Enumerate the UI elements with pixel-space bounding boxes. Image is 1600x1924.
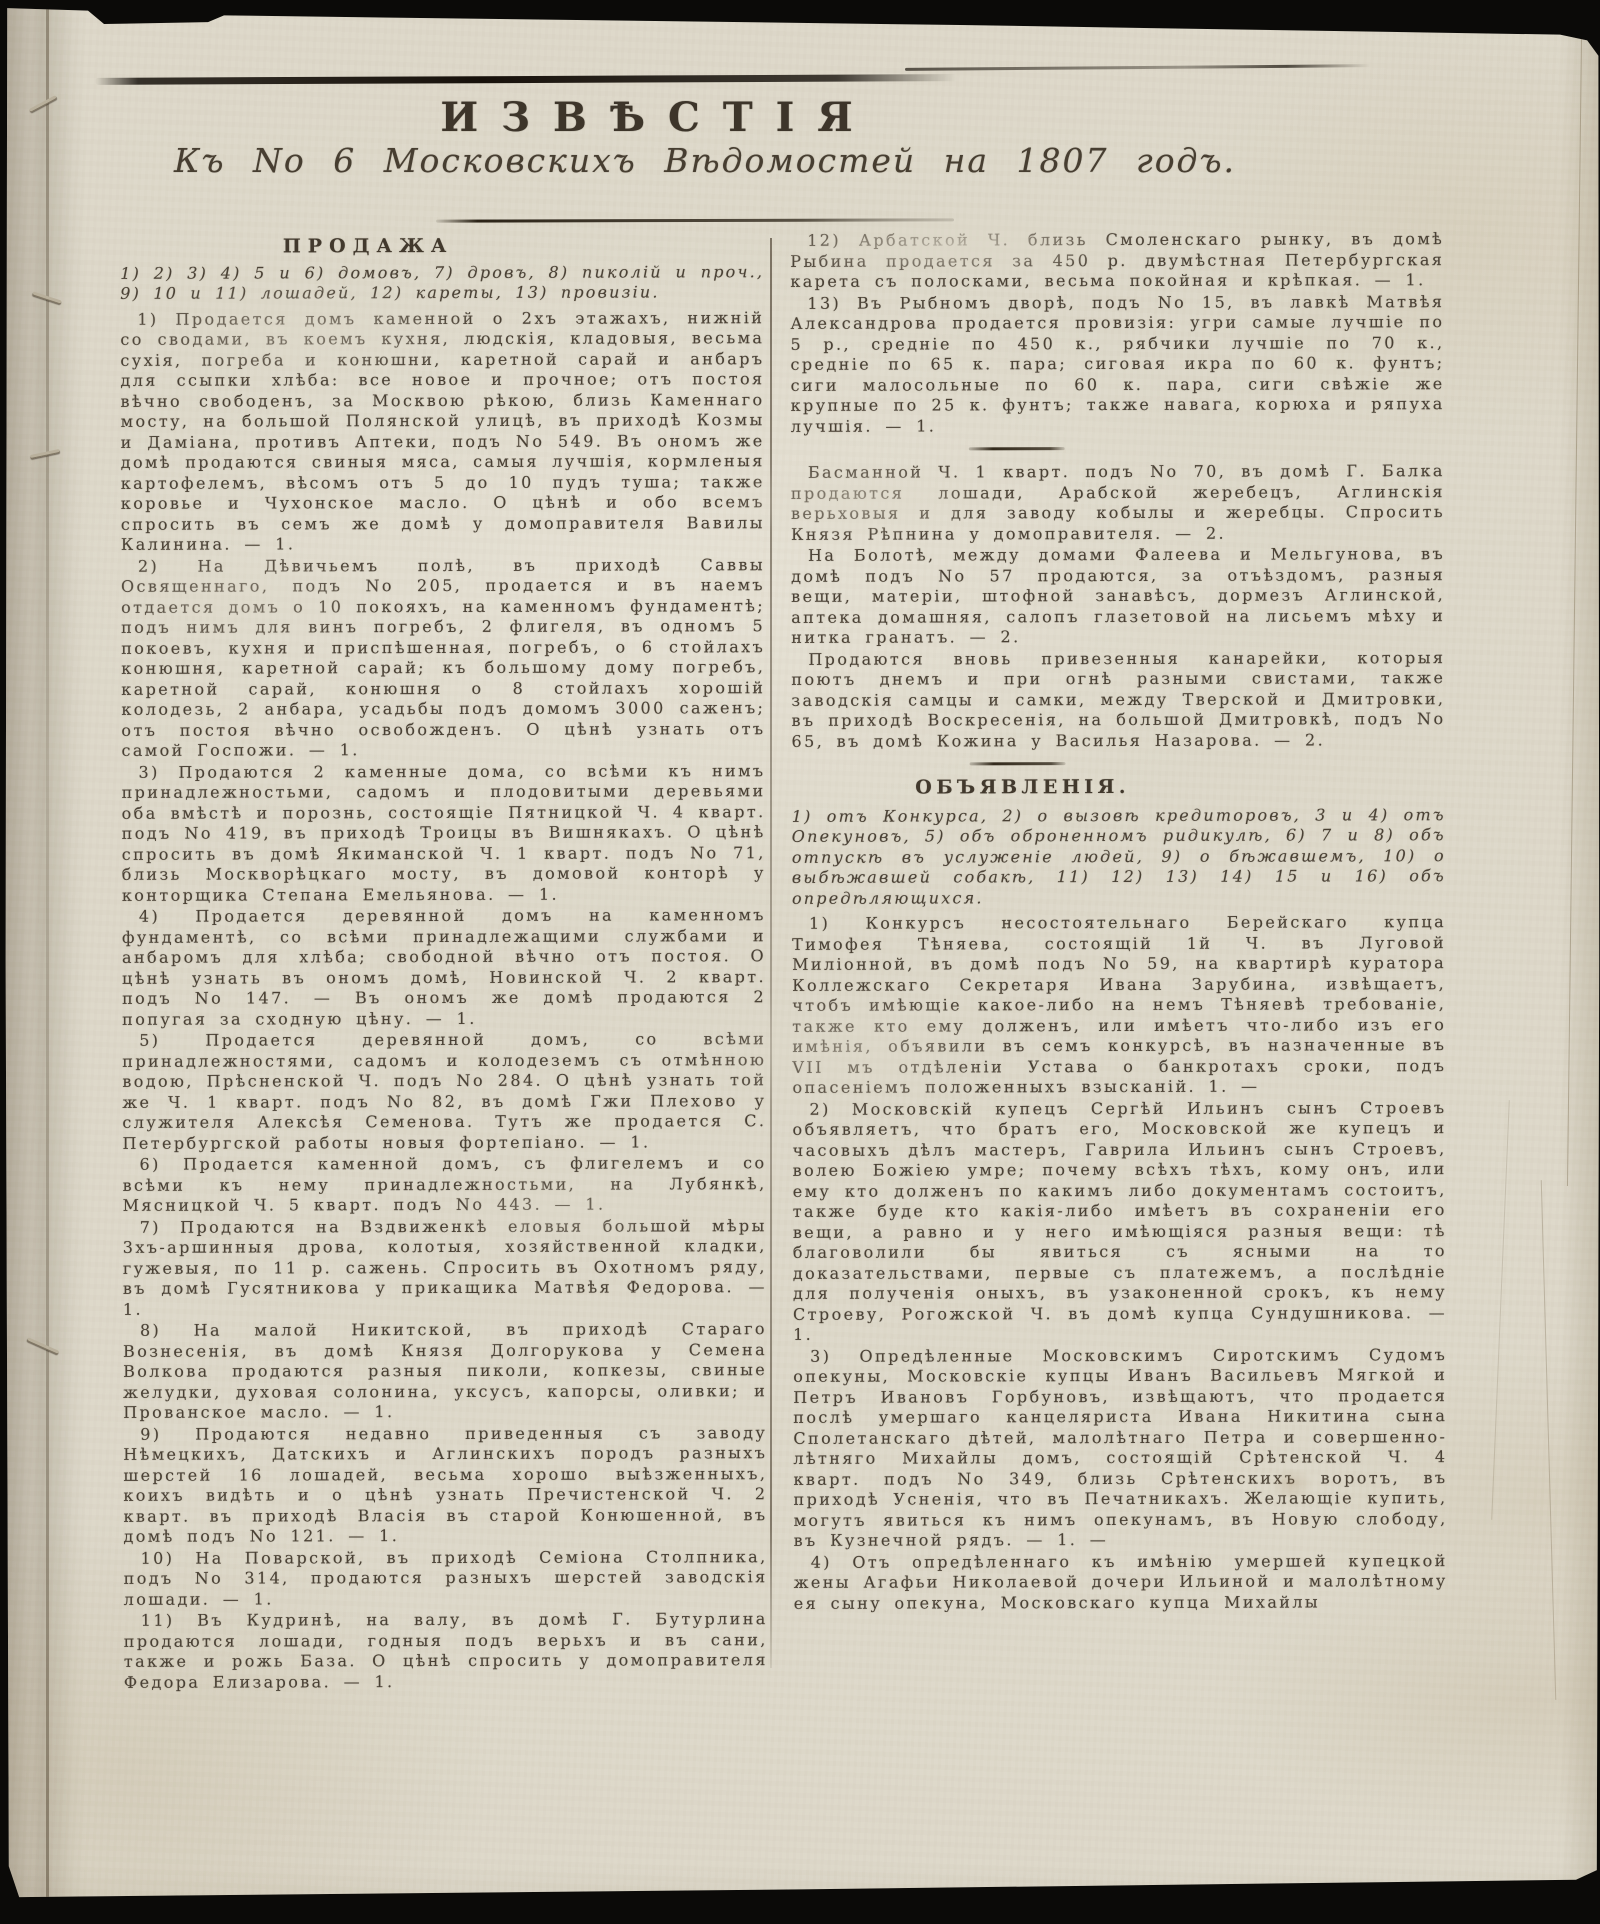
section-divider-rule <box>970 762 1066 765</box>
binding-gutter-fold <box>46 0 49 1924</box>
binding-stitch-thread <box>27 1337 60 1354</box>
masthead-top-rule-thin <box>905 64 1370 71</box>
notice-paragraph: Продаются вновь привезенныя канарейки, к… <box>791 648 1445 752</box>
masthead-subtitle: Къ No 6 Московскихъ Вѣдомостей на 1807 г… <box>0 141 1505 180</box>
section-heading-sales: ПРОДАЖА <box>46 235 690 257</box>
sale-ad-paragraph: 7) Продаются на Вздвиженкѣ еловыя большо… <box>123 1216 767 1320</box>
sale-ad-paragraph: 6) Продается каменной домъ, съ флигелемъ… <box>123 1153 767 1216</box>
photograph-background: ИЗВѢСТІЯ Къ No 6 Московскихъ Вѣдомостей … <box>0 0 1600 1924</box>
sale-ad-paragraph: 3) Продаются 2 каменные дома, со всѣми к… <box>121 761 765 906</box>
right-column: 12) Арбатской Ч. близь Смоленскаго рынку… <box>790 229 1448 1615</box>
announcement-paragraph: 4) Отъ опредѣленнаго къ имѣнію умершей к… <box>794 1551 1448 1614</box>
announcements-index-paragraph: 1) отъ Конкурса, 2) о вызовѣ кредиторовъ… <box>792 805 1446 909</box>
masthead-top-rule <box>95 74 957 85</box>
notice-paragraph: На Болотѣ, между домами Фалеева и Мельгу… <box>791 544 1445 648</box>
section-divider-rule <box>969 447 1065 450</box>
sale-ad-paragraph: 5) Продается деревянной домъ, со всѣми п… <box>122 1029 766 1154</box>
sale-ad-paragraph: 11) Въ Кудринѣ, на валу, въ домѣ Г. Буту… <box>124 1609 768 1693</box>
paper-crease <box>1567 36 1582 1186</box>
paper-crease <box>1541 1180 1557 1700</box>
sale-ad-paragraph: 4) Продается деревянной домъ на каменном… <box>122 905 766 1030</box>
left-column: ПРОДАЖА 1) 2) 3) 4) 5 и 6) домовъ, 7) др… <box>120 231 768 1694</box>
paper-crease <box>1491 1100 1510 1520</box>
announcement-paragraph: 1) Конкурсъ несостоятельнаго Берейскаго … <box>792 912 1446 1098</box>
section-heading-announcements: ОБЪЯВЛЕНІЯ. <box>696 776 1350 798</box>
newspaper-page: ИЗВѢСТІЯ Къ No 6 Московскихъ Вѣдомостей … <box>0 0 1600 1924</box>
sale-ad-paragraph: 13) Въ Рыбномъ дворѣ, подъ No 15, въ лав… <box>790 292 1444 437</box>
binding-stitch-thread <box>30 449 60 459</box>
column-divider-rule <box>770 238 772 1668</box>
sale-ad-paragraph: 10) На Поварской, въ приходѣ Семіона Сто… <box>124 1547 768 1610</box>
notice-paragraph: Басманной Ч. 1 кварт. подъ No 70, въ дом… <box>791 461 1445 545</box>
masthead-bottom-rule <box>436 218 954 222</box>
sale-ad-paragraph: 2) На Дѣвичьемъ полѣ, въ приходѣ Саввы О… <box>121 555 766 762</box>
masthead-title: ИЗВѢСТІЯ <box>0 94 1458 141</box>
announcement-paragraph: 3) Опредѣленные Московскимъ Сиротскимъ С… <box>793 1345 1448 1552</box>
sale-ad-paragraph: 8) На малой Никитской, въ приходѣ Стараг… <box>123 1319 767 1423</box>
announcement-paragraph: 2) Московскій купецъ Сергѣй Ильинъ сынъ … <box>792 1098 1447 1346</box>
sale-ad-paragraph: 1) Продается домъ каменной о 2хъ этажахъ… <box>120 308 765 556</box>
sales-index-paragraph: 1) 2) 3) 4) 5 и 6) домовъ, 7) дровъ, 8) … <box>120 262 764 305</box>
sale-ad-paragraph: 9) Продаются недавно приведенныя съ заво… <box>123 1423 767 1548</box>
sale-ad-paragraph: 12) Арбатской Ч. близь Смоленскаго рынку… <box>790 229 1444 292</box>
